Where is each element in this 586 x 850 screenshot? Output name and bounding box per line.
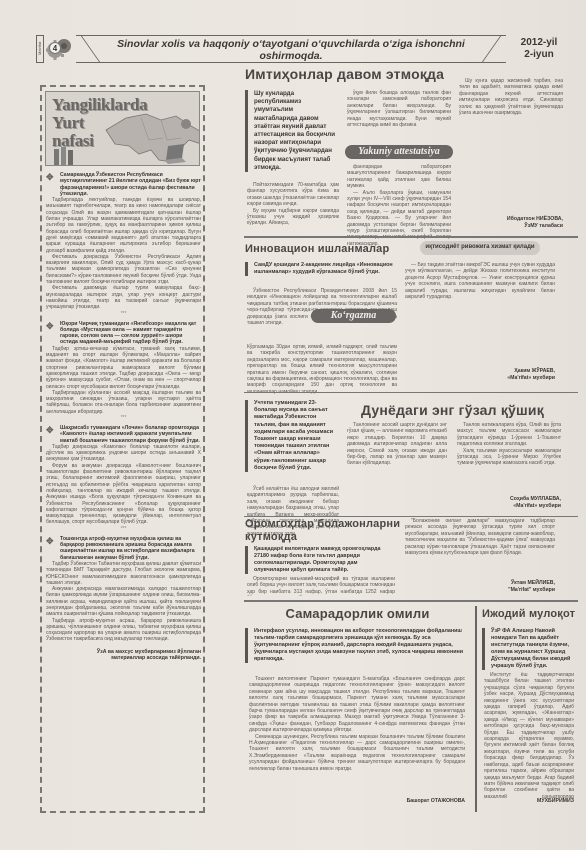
masthead-banner: Sinovlar xolis va haqqoniy o‘tayotgani o… — [76, 35, 506, 63]
news-item-body: Тадбир эртиш-кечанар кўмитаси, туманий х… — [46, 346, 201, 390]
news-item-body: Тадбир Ўзбекистон Табиатни муҳофаза қили… — [46, 561, 201, 586]
issue-date: 2012-yil 2-iyun — [514, 37, 564, 61]
article-body: Танловнинг асосий шарти дунёдаги энг гўз… — [347, 422, 447, 467]
divider — [244, 516, 578, 517]
news-item-body: Анжуман доирасида мамлакатимизда халқаро… — [46, 586, 201, 617]
newspaper-page: Ma'rifat 4 Sinovlar xolis va haqqoniy o‘… — [0, 0, 586, 850]
divider — [244, 392, 578, 393]
article-body: Тошкент вилоятининг Паркент туманидаги 5… — [249, 676, 465, 772]
issue-day: 2-iyun — [514, 49, 564, 61]
masthead-title: Sinovlar xolis va haqqoniy o‘tayotgani o… — [96, 38, 486, 62]
article-lead: Қашқадарё вилоятидаги мавжуд оромгоҳлард… — [245, 546, 393, 574]
section-pill: Yakuniy attestatsiya — [345, 145, 453, 159]
divider — [244, 600, 578, 602]
article-tag: иқтисодиёт ривожига хизмат қилади — [420, 241, 540, 255]
star-bullet-icon: ✥ — [46, 323, 54, 329]
news-item-body: Тадбирларда лектуийлар, танқоди ёзувчи в… — [46, 197, 201, 254]
section-banner: Yangiliklarda Yurt nafasi — [45, 91, 200, 166]
article-samaradorlik: Самарадорлик омили Интерфаол усуллар, ин… — [245, 606, 470, 820]
article-lead: Учтепа туманидаги 23-болалар мусиқа ва с… — [245, 400, 337, 472]
news-item-body: Тадбирлардан кўзланган асосий мақсад ёшл… — [46, 390, 201, 415]
column-divider — [475, 606, 477, 812]
article-body: Танлов натижаларига кўра, Олий ва ўрта м… — [457, 422, 561, 467]
star-bullet-icon: ✥ — [46, 427, 54, 433]
article-title: Ижодий мулоқот — [482, 606, 578, 622]
article-body: Институт ёш тадқиқотчилари ташаббуси бил… — [484, 672, 574, 798]
article-body: ўқув йили бошида алоҳида танлов фан хона… — [347, 90, 451, 128]
star-bullet-icon: ✥ — [46, 538, 54, 544]
article-author: Ўктам МЕЙЛИЕВ, "Ma'rifat" мухбири — [405, 580, 555, 593]
article-body: — Биз тақдим этаётган микроГЭС ишлаш учу… — [405, 262, 555, 300]
article-camp: Оромгоҳлар болажонларни кутмоқда Қашқада… — [245, 518, 575, 598]
article-title: Дунёдаги энг гўзал қўшиқ — [361, 402, 544, 418]
article-body: Пойтахтимиздаги 70-мактабда ҳам фанлар х… — [247, 182, 339, 227]
star-bullet-icon: ✥ — [46, 174, 54, 180]
article-lead: Шу кунларда республикамиз умумтаълим мак… — [245, 90, 337, 172]
page-number: 4 — [49, 42, 61, 54]
separator: *** — [46, 526, 201, 533]
divider — [244, 236, 578, 238]
news-item-lead: ✥Юқори Чирчиқ туманидаги «Янгибозор» маҳ… — [46, 321, 201, 346]
news-item-body: Фестиваль давомида ёшлар турли мавзулард… — [46, 285, 201, 310]
article-body: Кўргазмада 30дан ортиқ илмий, илмий-тадқ… — [247, 344, 397, 395]
article-body: Оромгоҳларни маънавий-маърифий ва тўгара… — [247, 576, 395, 596]
article-lead: СамДУ қошидаги 2-академик лицейда «Иннов… — [245, 262, 395, 276]
article-author: МУХБИРИМИЗ — [484, 798, 574, 805]
article-body: фанларидан лаборатория машғулотларининг … — [347, 164, 451, 247]
article-imtihon: Имтиҳонлар давом этмоқда Шу кунларда рес… — [245, 66, 575, 234]
news-item-body: Фестиваль доирасида Ўзбекистон Республик… — [46, 254, 201, 285]
issue-year: 2012-yil — [514, 37, 564, 49]
article-song: Учтепа туманидаги 23-болалар мусиқа ва с… — [245, 396, 575, 514]
digest-signature: ЎзА ва махсус мухбирларимиз йўллаган мат… — [46, 649, 201, 662]
article-body: Шу кунга қадар жисмоний тарбия, она тили… — [459, 78, 563, 116]
news-item-body: Форум ва анжуман доирасида «Камолот»нинг… — [46, 463, 201, 526]
news-digest-list: ✥Самаркандда Ўзбекистон Республикаси мус… — [46, 169, 201, 662]
article-author: Соҳиба МУЛЛАЕВА, «Ma'rifat» мухбири — [457, 496, 561, 509]
masthead: Ma'rifat 4 Sinovlar xolis va haqqoniy o‘… — [36, 35, 576, 63]
section-pill: Ko‘rgazma — [311, 309, 396, 323]
article-innovation: Инновацион ишланмалар иқтисодиёт ривожиг… — [245, 240, 575, 390]
news-item-lead: ✥Самаркандда Ўзбекистон Республикаси мус… — [46, 172, 201, 197]
news-item-lead: ✥Шаҳрисабз туманидаги «Лочин» болалар ор… — [46, 425, 201, 444]
article-ijodiy: Ижодий мулоқот ЎзР ФА Алишер Навоий номи… — [482, 606, 578, 820]
news-item-body: Тадбир доирасида «Камолак» болалар ташки… — [46, 444, 201, 463]
news-item-lead: ✥Тошкентда атроф-муҳитни муҳофаза қилиш … — [46, 536, 201, 561]
article-author: Башорат ОТАЖОНОВА — [249, 798, 465, 805]
article-lead: ЎзР ФА Алишер Навоий номидаги Тил ва ада… — [482, 628, 574, 670]
news-item-body: Тадбирда атроф-муҳитни асраш, барқарор р… — [46, 618, 201, 643]
separator: *** — [46, 311, 201, 318]
article-title: Самарадорлик омили — [245, 606, 470, 622]
article-lead: Интерфаол усуллар, инновацион ва ахборот… — [245, 628, 465, 663]
separator: *** — [46, 415, 201, 422]
article-body: "Болажоним оиланг дамлари" мавзусидаги т… — [405, 518, 555, 556]
news-digest-box: Yangiliklarda Yurt nafasi ✥Самаркандда Ў… — [40, 85, 205, 813]
laptop-icon — [164, 144, 186, 164]
section-banner-title: Yangiliklarda Yurt nafasi — [52, 96, 147, 150]
article-author: Ибодатхон НИЁЗОВА, ЎзМУ талабаси — [459, 216, 563, 229]
article-author: Ҳаким ЖЎРАЕВ, «Ma'rifat» мухбири — [405, 368, 555, 381]
books-icon — [54, 147, 84, 165]
masthead-side-label: Ma'rifat — [36, 35, 44, 63]
